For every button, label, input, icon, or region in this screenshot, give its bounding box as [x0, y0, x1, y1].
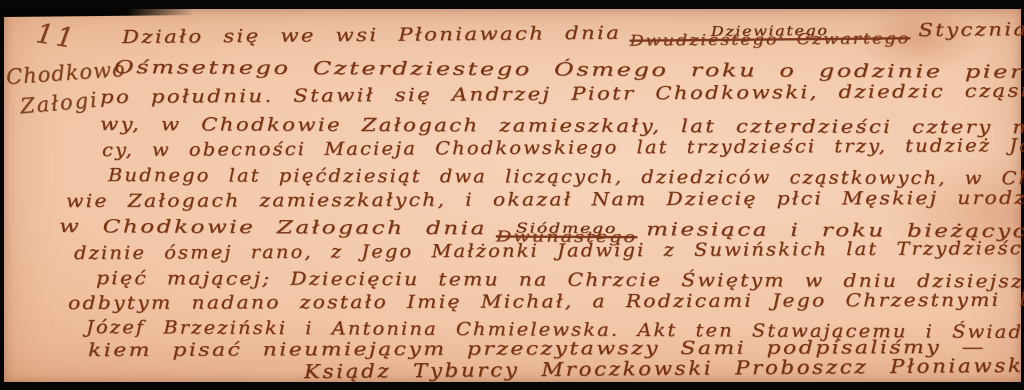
record-line: po południu. Stawił się Andrzej Piotr Ch…: [100, 80, 1024, 108]
record-line-text: w Chodkowie Załogach dnia: [59, 216, 487, 239]
record-line: Ośmsetnego Czterdziestego Ósmego roku o …: [114, 57, 1024, 83]
record-line-text: Stycznia, Tysiąc: [918, 18, 1024, 41]
record-line: pięć mającej; Dziecięciu temu na Chrzcie…: [96, 268, 1024, 292]
date-correction: DziewiątegoDwudziestego Czwartego: [629, 26, 910, 46]
record-line: dzinie ósmej rano, z Jego Małżonki Jadwi…: [74, 238, 1024, 264]
record-line: Budnego lat pięćdziesiąt dwa liczących, …: [108, 165, 1024, 189]
manuscript-page: 11 Chodkowo Załogi Działo się we wsi Pło…: [4, 9, 1021, 382]
record-line: odbytym nadano zostało Imię Michał, a Ro…: [68, 290, 1024, 314]
record-line: wie Załogach zamieszkałych, i okazał Nam…: [66, 187, 1024, 212]
record-line: wy, w Chodkowie Załogach zamieszkały, la…: [100, 114, 1024, 138]
struck-word: Dwudziestego Czwartego: [629, 34, 910, 46]
record-line: cy, w obecności Macieja Chodkowskiego la…: [102, 135, 1024, 161]
record-line: Działo się we wsi Płoniawach dniaDziewią…: [122, 18, 1024, 50]
record-text: Działo się we wsi Płoniawach dniaDziewią…: [4, 9, 1021, 382]
scanned-document-frame: 11 Chodkowo Załogi Działo się we wsi Pło…: [0, 0, 1024, 390]
record-line-text: Działo się we wsi Płoniawach dnia: [122, 23, 621, 48]
